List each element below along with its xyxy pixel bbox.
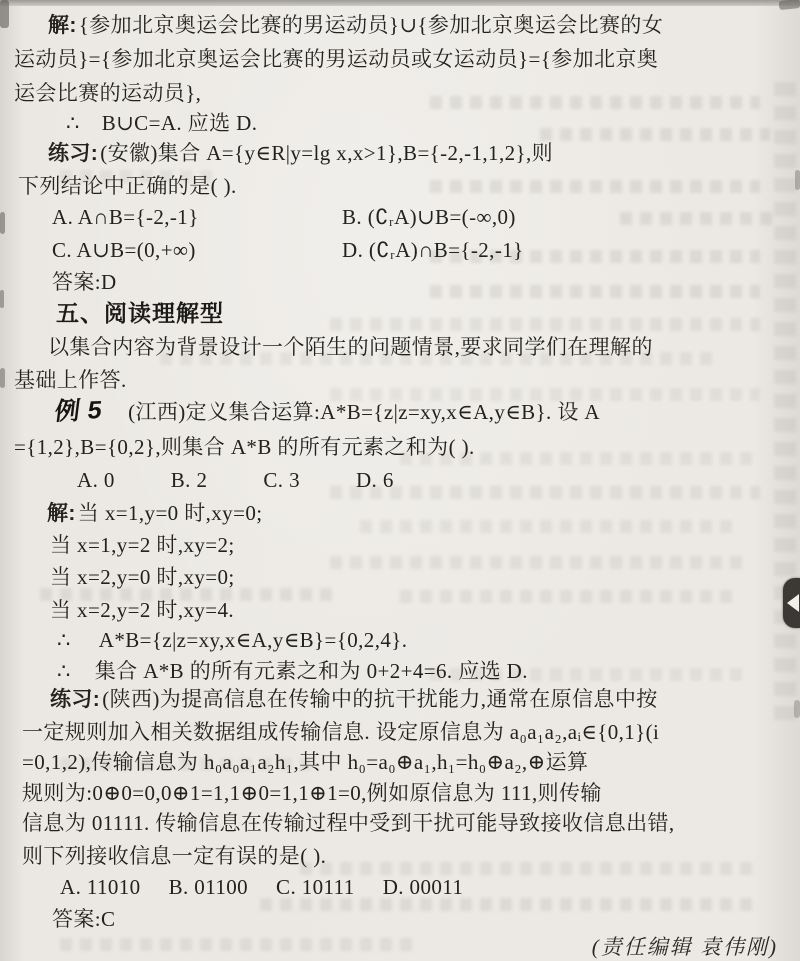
bleedthrough-texture xyxy=(430,96,760,109)
exercise-text: (陕西)为提高信息在传输中的抗干扰能力,通常在原信息中按 xyxy=(102,687,657,711)
case-text: 当 x=1,y=0 时,xy=0; xyxy=(78,501,263,525)
bleedthrough-texture xyxy=(620,212,780,225)
prev-solution-line-3: 运会比赛的运动员}, xyxy=(14,80,201,106)
therefore-symbol: ∴ xyxy=(66,111,80,135)
example5-conclusion-1: ∴A*B={z|z=xy,x∈A,y∈B}={0,2,4}. xyxy=(57,627,407,653)
answer-value: D xyxy=(101,270,117,294)
prev-solution-line-2: 运动员}={参加北京奥运会比赛的男运动员或女运动员}={参加北京奥 xyxy=(14,46,658,72)
example5-label: 例 5 xyxy=(53,397,104,425)
exercise-shaanxi-line-4: 规则为:0⊕0=0,0⊕1=1,1⊕0=1,1⊕1=0,例如原信息为 111,则… xyxy=(22,780,602,806)
exercise-anhui-line-1: 练习:(安徽)集合 A={y∈R|y=lg x,x>1},B={-2,-1,1,… xyxy=(48,140,553,167)
therefore-symbol: ∴ xyxy=(57,659,71,683)
option-a: A. 0 xyxy=(77,467,115,493)
exercise-shaanxi-line-2: 一定规则加入相关数据组成传输信息. 设定原信息为 a₀a₁a₂,aᵢ∈{0,1}… xyxy=(22,719,659,745)
example5-line-1: 例 5(江西)定义集合运算:A*B={z|z=xy,x∈A,y∈B}. 设 A xyxy=(55,398,600,425)
bleedthrough-texture xyxy=(540,128,770,141)
option-a: A. 11010 xyxy=(60,874,141,900)
option-d: D. 6 xyxy=(356,467,394,493)
bleedthrough-texture xyxy=(430,285,760,298)
exercise-shaanxi-line-6: 则下列接收信息一定有误的是( ). xyxy=(22,843,326,869)
example5-conclusion-2: ∴集合 A*B 的所有元素之和为 0+2+4=6. 应选 D. xyxy=(57,658,528,684)
bleedthrough-texture xyxy=(330,556,750,569)
solve-label: 解: xyxy=(47,502,76,525)
page-edge-fragment xyxy=(0,368,5,388)
example5-solution-line-1: 解:当 x=1,y=0 时,xy=0; xyxy=(47,500,262,527)
solve-label: 解: xyxy=(48,14,77,37)
example5-line-2: ={1,2},B={0,2},则集合 A*B 的所有元素之和为( ). xyxy=(14,434,475,460)
answer-anhui: 答案:D xyxy=(52,269,117,295)
scan-corner-smudge xyxy=(779,0,800,10)
conclusion-text: 集合 A*B 的所有元素之和为 0+2+4=6. 应选 D. xyxy=(95,659,528,683)
page-edge-fragment xyxy=(0,212,5,234)
exercise-shaanxi-line-1: 练习:(陕西)为提高信息在传输中的抗干扰能力,通常在原信息中按 xyxy=(50,686,658,713)
page-nav-arrow[interactable] xyxy=(783,578,800,628)
example5-text: (江西)定义集合运算:A*B={z|z=xy,x∈A,y∈B}. 设 A xyxy=(128,400,600,424)
shaanxi-options-row: A. 11010B. 01100C. 10111D. 00011 xyxy=(60,874,491,900)
example5-options-row: A. 0B. 2C. 3D. 6 xyxy=(77,467,450,493)
answer-label: 答案: xyxy=(52,907,101,931)
therefore-symbol: ∴ xyxy=(57,628,71,652)
option-b: B. 01100 xyxy=(169,874,248,900)
exercise-shaanxi-line-3: =0,1,2),传输信息为 h₀a₀a₁a₂h₁,其中 h₀=a₀⊕a₁,h₁=… xyxy=(22,749,588,775)
section-intro-line-2: 基础上作答. xyxy=(14,367,127,393)
answer-shaanxi: 答案:C xyxy=(52,906,115,932)
option-a: A. A∩B={-2,-1} xyxy=(52,204,199,230)
bleedthrough-texture xyxy=(330,318,760,331)
answer-value: C xyxy=(101,907,115,931)
exercise-label: 练习: xyxy=(50,688,100,711)
solution-text: {参加北京奥运会比赛的男运动员}∪{参加北京奥运会比赛的女 xyxy=(79,13,663,37)
scan-corner-smudge xyxy=(0,0,9,28)
example5-solution-line-2: 当 x=1,y=2 时,xy=2; xyxy=(50,532,235,558)
prev-solution-line-1: 解:{参加北京奥运会比赛的男运动员}∪{参加北京奥运会比赛的女 xyxy=(48,12,663,39)
conclusion-text: B∪C=A. 应选 D. xyxy=(102,111,258,135)
left-arrow-icon xyxy=(778,594,799,612)
answer-label: 答案: xyxy=(52,270,101,294)
option-c: C. A∪B=(0,+∞) xyxy=(52,237,196,263)
prev-solution-conclusion: ∴B∪C=A. 应选 D. xyxy=(66,110,257,136)
option-c: C. 3 xyxy=(263,467,300,493)
scan-edge-top xyxy=(0,0,800,6)
exercise-anhui-line-2: 下列结论中正确的是( ). xyxy=(18,173,237,199)
example5-solution-line-4: 当 x=2,y=2 时,xy=4. xyxy=(50,597,234,623)
page-edge-fragment xyxy=(0,290,4,308)
section-intro-line-1: 以集合内容为背景设计一个陌生的问题情景,要求同学们在理解的 xyxy=(48,334,653,360)
exercise-shaanxi-line-5: 信息为 01111. 传输信息在传输过程中受到干扰可能导致接收信息出错, xyxy=(22,810,675,836)
example5-solution-line-3: 当 x=2,y=0 时,xy=0; xyxy=(50,564,235,590)
exercise-label: 练习: xyxy=(48,142,98,165)
option-d: D. 00011 xyxy=(383,874,464,900)
bleedthrough-texture xyxy=(360,520,740,533)
editor-credit: (责任编辑 袁伟刚) xyxy=(592,931,778,961)
bleedthrough-texture xyxy=(400,590,740,603)
option-c: C. 10111 xyxy=(276,874,355,900)
bleedthrough-texture xyxy=(60,938,420,951)
bleedthrough-texture xyxy=(430,180,760,193)
option-b: B. 2 xyxy=(171,467,208,493)
option-d: D. (∁ᵣA)∩B={-2,-1} xyxy=(342,237,524,263)
conclusion-text: A*B={z|z=xy,x∈A,y∈B}={0,2,4}. xyxy=(99,628,408,652)
option-b: B. (∁ᵣA)∪B=(-∞,0) xyxy=(342,204,516,230)
exercise-text: (安徽)集合 A={y∈R|y=lg x,x>1},B={-2,-1,1,2},… xyxy=(100,141,553,165)
section-heading: 五、阅读理解型 xyxy=(56,300,224,326)
